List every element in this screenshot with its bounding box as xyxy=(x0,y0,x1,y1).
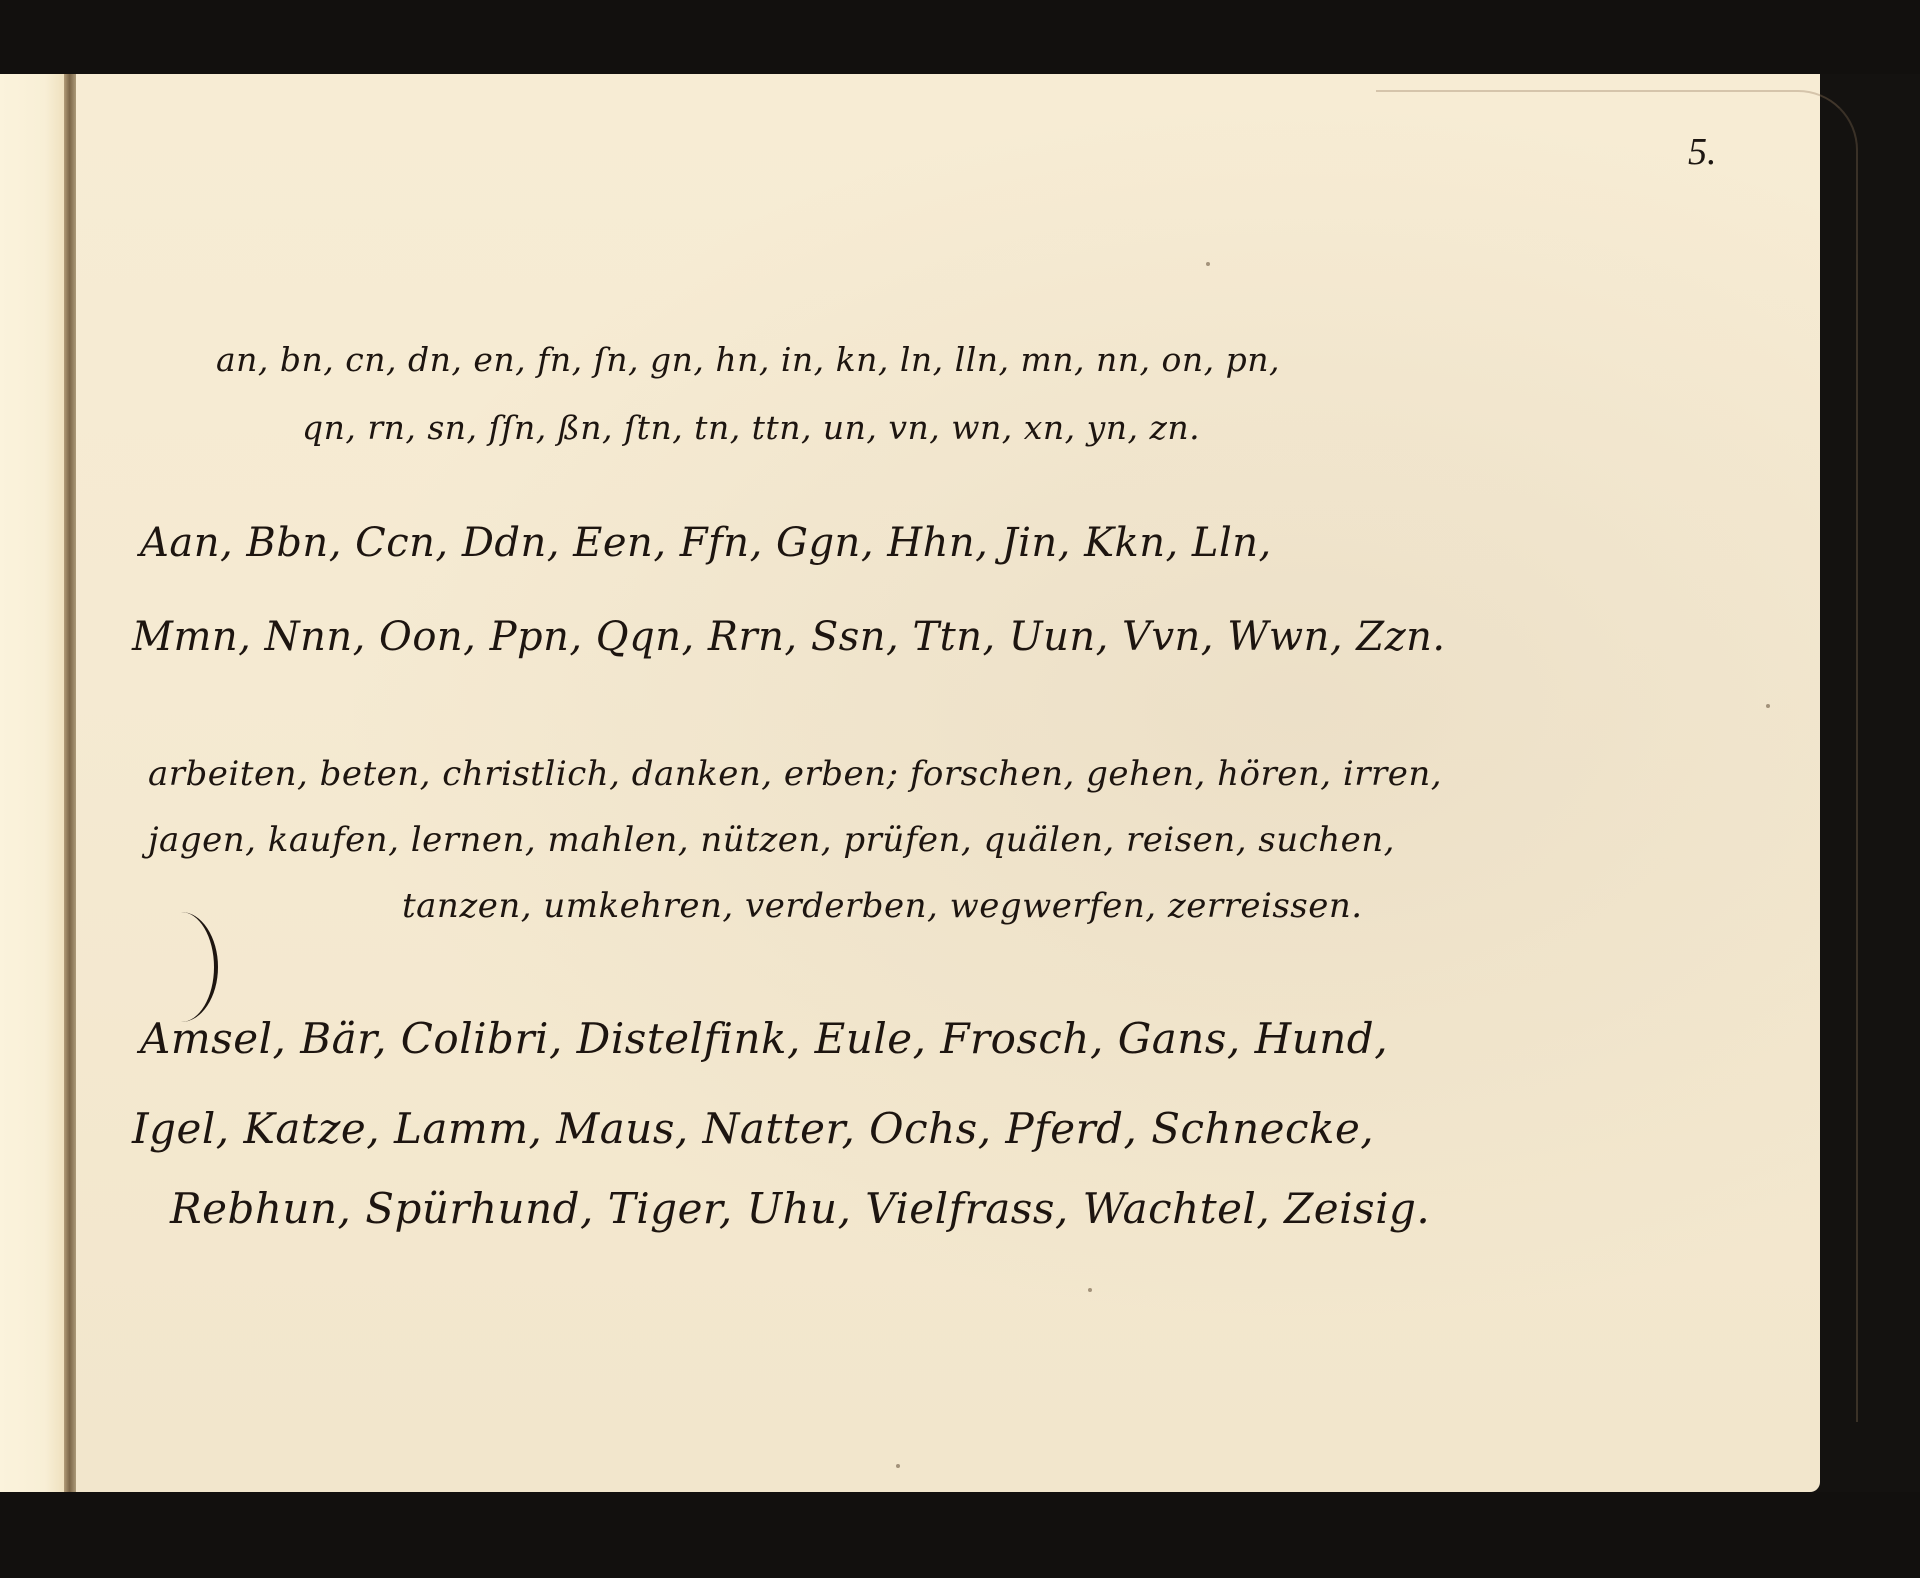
paper-speck xyxy=(1206,262,1210,266)
animals-line-1: Amsel, Bär, Colibri, Distelfink, Eule, F… xyxy=(140,1014,1388,1063)
verbs-line-2: jagen, kaufen, lernen, mahlen, nützen, p… xyxy=(148,820,1395,860)
manuscript-page: 5. an, bn, cn, dn, en, fn, ſn, gn, hn, i… xyxy=(76,74,1820,1492)
scan-background-top xyxy=(0,0,1920,74)
page-number: 5. xyxy=(1688,130,1717,174)
scan-background-bottom xyxy=(0,1492,1920,1578)
page-border-rule xyxy=(1376,90,1858,1422)
lowercase-syllables-line-1: an, bn, cn, dn, en, fn, ſn, gn, hn, in, … xyxy=(216,340,1280,379)
paper-speck xyxy=(896,1464,900,1468)
paper-speck xyxy=(1766,704,1770,708)
lowercase-syllables-line-2: qn, rn, sn, ſſn, ßn, ſtn, tn, ttn, un, v… xyxy=(302,408,1200,447)
left-page-edge xyxy=(0,74,64,1492)
verbs-line-3: tanzen, umkehren, verderben, wegwerfen, … xyxy=(402,886,1363,926)
animals-line-2: Igel, Katze, Lamm, Maus, Natter, Ochs, P… xyxy=(132,1104,1374,1153)
paper-speck xyxy=(1088,1288,1092,1292)
animals-line-3: Rebhun, Spürhund, Tiger, Uhu, Vielfrass,… xyxy=(170,1184,1430,1233)
capital-syllables-line-1: Aan, Bbn, Ccn, Ddn, Een, Ffn, Ggn, Hhn, … xyxy=(140,520,1272,566)
verbs-line-1: arbeiten, beten, christlich, danken, erb… xyxy=(148,754,1442,794)
capital-syllables-line-2: Mmn, Nnn, Oon, Ppn, Qqn, Rrn, Ssn, Ttn, … xyxy=(132,614,1446,660)
flourish-ornament xyxy=(144,912,218,1022)
